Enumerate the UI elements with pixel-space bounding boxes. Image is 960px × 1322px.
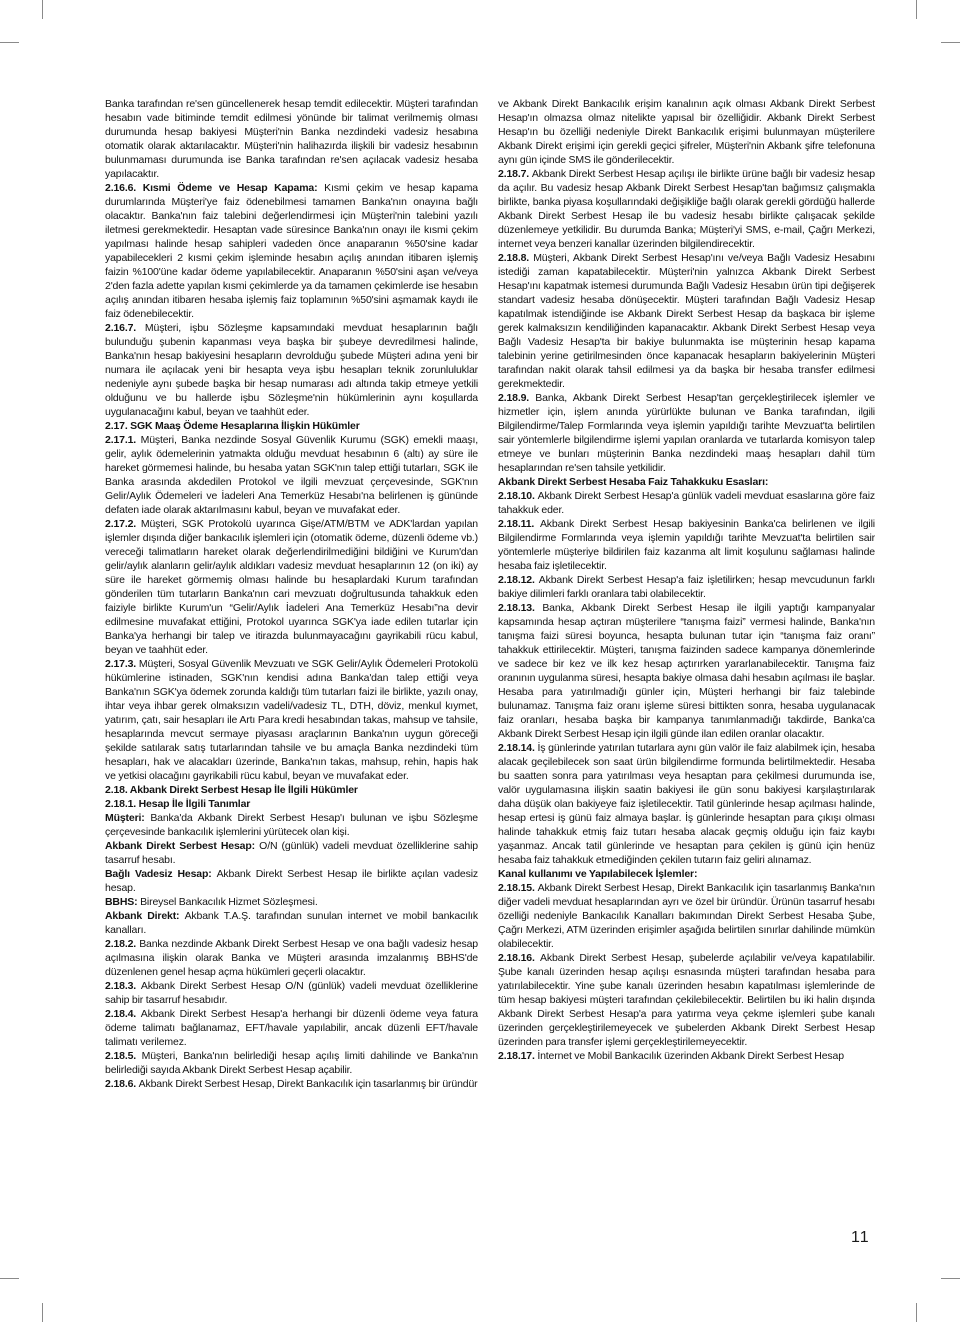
clause-paragraph: 2.18.9. Banka, Akbank Direkt Serbest Hes…	[498, 391, 875, 475]
clause-label: 2.17.3.	[105, 658, 139, 670]
crop-mark-top-left-vertical	[42, 0, 43, 19]
clause-paragraph: Müşteri: Banka'da Akbank Direkt Serbest …	[105, 811, 478, 839]
clause-paragraph: 2.18.10. Akbank Direkt Serbest Hesap'a g…	[498, 489, 875, 517]
clause-label: 2.16.6. Kısmi Ödeme ve Hesap Kapama:	[105, 182, 324, 194]
clause-paragraph: 2.18.17. İnternet ve Mobil Bankacılık üz…	[498, 1049, 875, 1063]
clause-label: 2.18.7.	[498, 168, 532, 180]
crop-mark-bottom-left-vertical	[42, 1303, 43, 1322]
clause-paragraph: 2.18.5. Müşteri, Banka'nın belirlediği h…	[105, 1049, 478, 1077]
clause-label: 2.18.9.	[498, 392, 535, 404]
clause-label: 2.18.17.	[498, 1050, 537, 1062]
clause-label: 2.17.1.	[105, 434, 141, 446]
column-left: Banka tarafından re'sen güncellenerek he…	[105, 97, 478, 1091]
clause-paragraph: 2.18.14. İş günlerinde yatırılan tutarla…	[498, 741, 875, 867]
clause-paragraph: Akbank Direkt Serbest Hesap: O/N (günlük…	[105, 839, 478, 867]
clause-label: Akbank Direkt Serbest Hesaba Faiz Tahakk…	[498, 476, 768, 488]
clause-paragraph: 2.18.6. Akbank Direkt Serbest Hesap, Dir…	[105, 1077, 478, 1091]
clause-label: 2.18.6.	[105, 1078, 139, 1090]
section-heading: 2.17. SGK Maaş Ödeme Hesaplarına İlişkin…	[105, 419, 478, 433]
crop-mark-top-right-horizontal	[941, 42, 960, 43]
clause-label: 2.18.8.	[498, 252, 533, 264]
crop-mark-bottom-right-horizontal	[941, 1278, 960, 1279]
clause-label: Kanal kullanımı ve Yapılabilecek İşlemle…	[498, 868, 697, 880]
clause-paragraph: 2.18.12. Akbank Direkt Serbest Hesap'a f…	[498, 573, 875, 601]
clause-label: 2.18.2.	[105, 938, 139, 950]
clause-paragraph: BBHS: Bireysel Bankacılık Hizmet Sözleşm…	[105, 895, 478, 909]
section-heading: 2.18.1. Hesap İle İlgili Tanımlar	[105, 797, 478, 811]
clause-paragraph: 2.18.3. Akbank Direkt Serbest Hesap O/N …	[105, 979, 478, 1007]
clause-paragraph: 2.17.1. Müşteri, Banka nezdinde Sosyal G…	[105, 433, 478, 517]
section-heading: Akbank Direkt Serbest Hesaba Faiz Tahakk…	[498, 475, 875, 489]
clause-paragraph: 2.17.3. Müşteri, Sosyal Güvenlik Mevzuat…	[105, 657, 478, 783]
clause-label: Akbank Direkt:	[105, 910, 185, 922]
clause-paragraph: 2.17.2. Müşteri, SGK Protokolü uyarınca …	[105, 517, 478, 657]
clause-label: Akbank Direkt Serbest Hesap:	[105, 840, 259, 852]
document-page: Banka tarafından re'sen güncellenerek he…	[0, 0, 960, 1322]
clause-paragraph: Bağlı Vadesiz Hesap: Akbank Direkt Serbe…	[105, 867, 478, 895]
clause-label: 2.17.2.	[105, 518, 141, 530]
clause-label: 2.17. SGK Maaş Ödeme Hesaplarına İlişkin…	[105, 420, 360, 432]
crop-mark-bottom-right-vertical	[916, 1303, 917, 1322]
crop-mark-bottom-left-horizontal	[0, 1278, 19, 1279]
clause-paragraph: Banka tarafından re'sen güncellenerek he…	[105, 97, 478, 181]
clause-paragraph: 2.18.4. Akbank Direkt Serbest Hesap'a he…	[105, 1007, 478, 1049]
clause-paragraph: 2.18.8. Müşteri, Akbank Direkt Serbest H…	[498, 251, 875, 391]
clause-label: 2.18.10.	[498, 490, 538, 502]
clause-label: Müşteri:	[105, 812, 150, 824]
clause-label: 2.18.16.	[498, 952, 540, 964]
clause-paragraph: 2.18.15. Akbank Direkt Serbest Hesap, Di…	[498, 881, 875, 951]
clause-paragraph: 2.16.7. Müşteri, işbu Sözleşme kapsamınd…	[105, 321, 478, 419]
clause-label: Bağlı Vadesiz Hesap:	[105, 868, 217, 880]
clause-label: 2.18.15.	[498, 882, 538, 894]
clause-label: BBHS:	[105, 896, 140, 908]
clause-paragraph: 2.18.7. Akbank Direkt Serbest Hesap açıl…	[498, 167, 875, 251]
clause-paragraph: 2.18.11. Akbank Direkt Serbest Hesap bak…	[498, 517, 875, 573]
clause-label: 2.18.14.	[498, 742, 538, 754]
clause-label: 2.18.12.	[498, 574, 539, 586]
clause-paragraph: 2.18.2. Banka nezdinde Akbank Direkt Ser…	[105, 937, 478, 979]
clause-label: 2.18.1. Hesap İle İlgili Tanımlar	[105, 798, 250, 810]
clause-label: 2.18.13.	[498, 602, 542, 614]
clause-paragraph: 2.18.13. Banka, Akbank Direkt Serbest He…	[498, 601, 875, 741]
clause-label: 2.18.3.	[105, 980, 141, 992]
clause-paragraph: ve Akbank Direkt Bankacılık erişim kanal…	[498, 97, 875, 167]
clause-paragraph: 2.18.16. Akbank Direkt Serbest Hesap, şu…	[498, 951, 875, 1049]
section-heading: 2.18. Akbank Direkt Serbest Hesap İle İl…	[105, 783, 478, 797]
clause-label: 2.18.11.	[498, 518, 540, 530]
clause-label: 2.18.4.	[105, 1008, 141, 1020]
clause-label: 2.16.7.	[105, 322, 145, 334]
crop-mark-top-left-horizontal	[0, 42, 19, 43]
clause-label: 2.18. Akbank Direkt Serbest Hesap İle İl…	[105, 784, 358, 796]
clause-paragraph: Akbank Direkt: Akbank T.A.Ş. tarafından …	[105, 909, 478, 937]
section-heading: Kanal kullanımı ve Yapılabilecek İşlemle…	[498, 867, 875, 881]
clause-paragraph: 2.16.6. Kısmi Ödeme ve Hesap Kapama: Kıs…	[105, 181, 478, 321]
crop-mark-top-right-vertical	[916, 0, 917, 19]
page-number: 11	[851, 1229, 870, 1247]
clause-label: 2.18.5.	[105, 1050, 142, 1062]
column-right: ve Akbank Direkt Bankacılık erişim kanal…	[498, 97, 875, 1063]
